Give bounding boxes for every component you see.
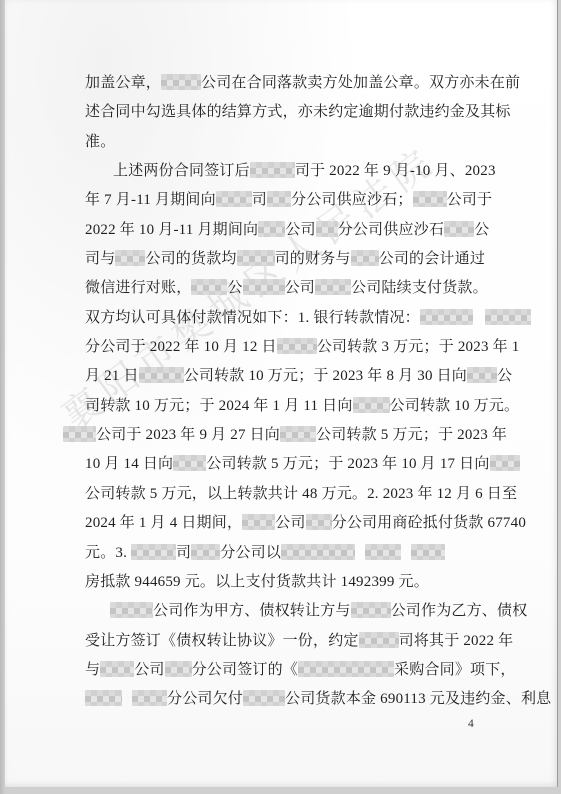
text-segment: 司 [176, 545, 191, 561]
redaction-block [351, 602, 391, 618]
text-segment: 公司于 [447, 192, 493, 208]
text-segment: 公司转款 3 万元；于 2023 年 1 [317, 339, 520, 355]
text-segment: 2024 年 1 月 4 日期间， [85, 515, 242, 531]
text-segment: 公司 [285, 222, 315, 238]
redaction-gap [122, 702, 132, 703]
redaction-gap [473, 321, 485, 322]
text-line: 司与公司的货款均司的财务与公司的会计通过 [85, 245, 530, 274]
document-body: 加盖公章，公司在合同落款卖方处加盖公章。双方亦未在前述合同中勾选具体的结算方式，… [85, 69, 530, 715]
text-segment: 公 [497, 368, 512, 384]
text-segment: 公司的货款均 [145, 251, 236, 267]
redaction-block [306, 514, 332, 530]
redaction-block [359, 632, 399, 648]
text-line: 年 7 月-11 月期间向司分公司供应沙石；公司于 [85, 186, 530, 215]
text-line: 房抵款 944659 元。以上支付货款共计 1492399 元。 [85, 568, 530, 597]
text-segment: 公司于 2023 年 9 月 27 日向 [96, 427, 280, 443]
text-segment: 公司货款本金 690113 元及违约金、利息 [285, 691, 551, 707]
text-segment: 公司转款 10 万元；于 2023 年 8 月 30 日向 [184, 368, 467, 384]
text-line: 2024 年 1 月 4 日期间，公司分公司用商砼抵付货款 67740 [85, 509, 530, 538]
redaction-block [132, 690, 167, 706]
text-segment: 元。3. [85, 545, 131, 561]
redaction-gap [401, 556, 411, 557]
text-segment: 月 21 日 [85, 368, 139, 384]
text-segment: 公司转款 5 万元；于 2023 年 [316, 427, 507, 443]
text-line: 受让方签订《债权转让协议》一份，约定司将其于 2022 年 [85, 627, 530, 656]
redaction-block [191, 544, 220, 560]
text-line: 准。 [85, 128, 530, 157]
text-segment: 司将其于 2022 年 [399, 633, 514, 649]
text-segment: 年 7 月-11 月期间向 [85, 192, 216, 208]
text-segment: 司转款 10 万元；于 2024 年 1 月 11 日向 [85, 398, 353, 414]
redaction-block [139, 367, 184, 383]
redaction-block [280, 426, 316, 442]
redaction-block [298, 661, 394, 677]
text-segment: 述合同中勾选具体的结算方式，亦未约定逾期付款违约金及其标 [85, 104, 511, 120]
redaction-block [267, 191, 291, 207]
text-segment: 公司作为乙方、债权 [391, 603, 528, 619]
text-segment: 微信进行对账， [85, 280, 191, 296]
text-segment: 公司在合同落款卖方处加盖公章。双方亦未在前 [201, 75, 520, 91]
text-line: 司转款 10 万元；于 2024 年 1 月 11 日向公司转款 10 万元。 [85, 392, 530, 421]
redaction-block [353, 397, 390, 413]
text-segment: 上述两份合同签订后 [113, 163, 250, 179]
text-line: 双方均认可具体付款情况如下：1. 银行转款情况： [85, 304, 530, 333]
text-segment: 分公司供应沙石； [291, 192, 413, 208]
text-line: 月 21 日公司转款 10 万元；于 2023 年 8 月 30 日向公 [85, 362, 530, 391]
text-segment: 与 [85, 662, 100, 678]
redaction-block [315, 279, 351, 295]
redaction-block [413, 191, 447, 207]
text-segment: 分公司以 [220, 545, 281, 561]
text-segment: 公 [474, 222, 489, 238]
text-line: 10 月 14 日向公司转款 5 万元；于 2023 年 10 月 17 日向 [85, 450, 530, 479]
redaction-block [420, 309, 473, 325]
text-line: 公司转款 5 万元，以上转款共计 48 万元。2. 2023 年 12 月 6 … [85, 480, 530, 509]
redaction-block [85, 690, 122, 706]
redaction-block [63, 426, 96, 442]
text-line: 2022 年 10 月-11 月期间向公司分公司供应沙石公 [85, 216, 530, 245]
text-segment: 司的财务与 [275, 251, 351, 267]
text-line: 元。3. 司分公司以 [85, 539, 530, 568]
redaction-block [490, 455, 520, 471]
text-line: 微信进行对账，公公司公司陆续支付货款。 [85, 274, 530, 303]
redaction-block [243, 690, 285, 706]
redaction-block [165, 661, 192, 677]
text-segment: 公司陆续支付货款。 [351, 280, 488, 296]
redaction-block [243, 279, 285, 295]
redaction-block [161, 74, 201, 90]
page-number: 4 [468, 718, 474, 730]
text-line: 分公司欠付公司货款本金 690113 元及违约金、利息 [85, 685, 530, 714]
redaction-block [365, 544, 401, 560]
text-segment: 分公司于 2022 年 10 月 12 日 [85, 339, 277, 355]
text-line: 上述两份合同签订后司于 2022 年 9 月-10 月、2023 [85, 157, 530, 186]
text-segment: 公 [227, 280, 242, 296]
text-segment: 司与 [85, 251, 115, 267]
text-segment: 准。 [85, 134, 115, 150]
text-segment: 2022 年 10 月-11 月期间向 [85, 222, 258, 238]
text-segment: 双方均认可具体付款情况如下：1. 银行转款情况： [85, 310, 420, 326]
redaction-block [281, 544, 355, 560]
text-segment: 司于 2022 年 9 月-10 月、2023 [295, 163, 496, 179]
redaction-block [242, 514, 275, 530]
text-line: 公司于 2023 年 9 月 27 日向公司转款 5 万元；于 2023 年 [85, 421, 530, 450]
redaction-block [351, 250, 379, 266]
text-segment: 司 [252, 192, 267, 208]
text-segment: 公司转款 5 万元，以上转款共计 48 万元。2. 2023 年 12 月 6 … [85, 486, 517, 502]
text-segment: 房抵款 944659 元。以上支付货款共计 1492399 元。 [85, 574, 429, 590]
redaction-block [277, 338, 317, 354]
text-segment: 公司 [275, 515, 305, 531]
redaction-block [258, 221, 285, 237]
text-segment: 采购合同》项下， [394, 662, 516, 678]
text-segment: 公司的会计通过 [379, 251, 485, 267]
document-page: 襄阳市樊城区人民法院 加盖公章，公司在合同落款卖方处加盖公章。双方亦未在前述合同… [5, 0, 558, 787]
redaction-gap [355, 556, 365, 557]
text-line: 述合同中勾选具体的结算方式，亦未约定逾期付款违约金及其标 [85, 98, 530, 127]
redaction-block [237, 250, 275, 266]
text-segment: 分公司欠付 [167, 691, 243, 707]
text-line: 加盖公章，公司在合同落款卖方处加盖公章。双方亦未在前 [85, 69, 530, 98]
redaction-block [131, 544, 176, 560]
redaction-block [411, 544, 445, 560]
text-segment: 公司 [134, 662, 164, 678]
redaction-block [173, 455, 206, 471]
text-segment: 公司转款 5 万元；于 2023 年 10 月 17 日向 [206, 456, 489, 472]
text-segment: 公司 [285, 280, 315, 296]
text-line: 与公司分公司签订的《采购合同》项下， [85, 656, 530, 685]
text-segment: 受让方签订《债权转让协议》一份，约定 [85, 633, 359, 649]
text-segment: 10 月 14 日向 [85, 456, 173, 472]
text-segment: 分公司签订的《 [192, 662, 298, 678]
redaction-block [191, 279, 227, 295]
text-line: 公司作为甲方、债权转让方与公司作为乙方、债权 [85, 597, 530, 626]
redaction-block [100, 661, 134, 677]
redaction-block [250, 162, 295, 178]
text-segment: 公司作为甲方、债权转让方与 [153, 603, 351, 619]
redaction-block [216, 191, 252, 207]
text-segment: 分公司用商砼抵付货款 67740 [332, 515, 526, 531]
text-line: 分公司于 2022 年 10 月 12 日公司转款 3 万元；于 2023 年 … [85, 333, 530, 362]
redaction-block [110, 602, 153, 618]
redaction-block [444, 221, 474, 237]
text-segment: 公司转款 10 万元。 [390, 398, 520, 414]
scan-background: 襄阳市樊城区人民法院 加盖公章，公司在合同落款卖方处加盖公章。双方亦未在前述合同… [0, 0, 561, 794]
redaction-block [467, 367, 497, 383]
redaction-block [115, 250, 145, 266]
redaction-block [485, 309, 531, 325]
redaction-block [316, 221, 338, 237]
text-segment: 分公司供应沙石 [338, 222, 444, 238]
text-segment: 加盖公章， [85, 75, 161, 91]
